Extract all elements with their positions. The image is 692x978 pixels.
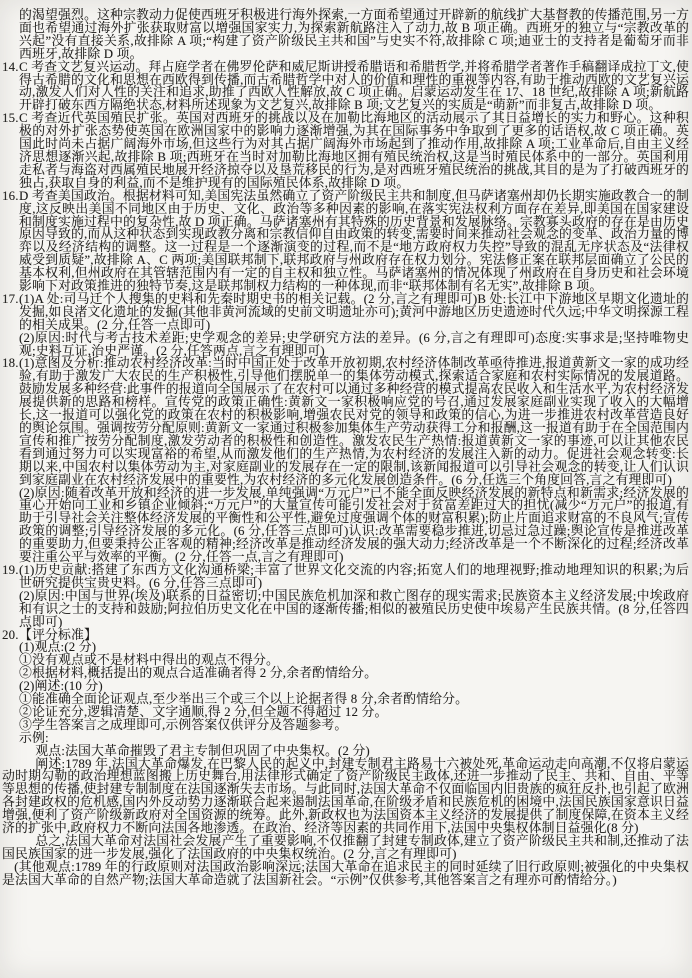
answer-item-20: 20. 【评分标准】 (1)观点:(2 分) ①没有观点或不是材料中得出的观点不…	[2, 629, 689, 887]
answer-17-part2: (2)原因:时代与考古技术差距;史学观念的差异;史学研究方法的差异。(6 分,言…	[19, 332, 689, 358]
answer-item-19: 19. (1)历史贡献:搭建了东西方文化沟通桥梁;丰富了世界文化交流的内容;拓宽…	[2, 564, 689, 629]
answer-19-part2: (2)原因:中国与世界(埃及)联系的日益密切;中国民族危机加深和救亡图存的现实需…	[19, 590, 689, 629]
answer-13-continuation: 的渴望强烈。这种宗教动力促使西班牙积极进行海外探索,一方面希望通过开辟新的航线扩…	[2, 9, 689, 61]
question-number-15: 15.	[2, 112, 19, 125]
example-conclusion: 总之,法国大革命对法国社会发展产生了重要影响,不仅推翻了封建专制政体,建立了资产…	[2, 835, 689, 861]
answer-item-15: 15. C 考查近代英国殖民扩张。英国对西班牙的挑战以及在加勒比海地区的活动展示…	[2, 112, 689, 189]
answer-18-part1: (1)意图及分析:推动农村经济改革:当时中国正处于改革开放初期,农村经济体制改革…	[19, 357, 689, 486]
question-number-18: 18.	[2, 357, 19, 370]
scanned-answer-key-page: 的渴望强烈。这种宗教动力促使西班牙积极进行海外探索,一方面希望通过开辟新的航线扩…	[0, 0, 692, 978]
answer-17-part1: (1)A 处:司马迁个人搜集的史料和先秦时期史书的相关记载。(2 分,言之有理即…	[19, 293, 689, 332]
question-number-16: 16.	[2, 190, 19, 203]
example-viewpoint: 观点:法国大革命摧毁了君主专制但巩固了中央集权。(2 分)	[2, 745, 689, 758]
answer-item-17: 17. (1)A 处:司马迁个人搜集的史料和先秦时期史书的相关记载。(2 分,言…	[2, 293, 689, 358]
example-label: 示例:	[19, 732, 689, 745]
example-elaboration: 阐述:1789 年,法国大革命爆发,在巴黎人民的起义中,封建专制君主路易十六被处…	[2, 758, 689, 835]
question-number-19: 19.	[2, 564, 19, 577]
answer-15-text: C 考查近代英国殖民扩张。英国对西班牙的挑战以及在加勒比海地区的活动展示了其日益…	[19, 112, 689, 189]
scoring-rule-line: ③学生答案言之成理即可,示例答案仅供评分及答题参考。	[19, 719, 689, 732]
answer-19-part1: (1)历史贡献:搭建了东西方文化沟通桥梁;丰富了世界文化交流的内容;拓宽人们的地…	[19, 564, 689, 590]
scoring-rule-line: ①能准确全面论证观点,至少举出三个或三个以上论据者得 8 分,余者酌情给分。	[19, 693, 689, 706]
scoring-rule-line: ②论证充分,逻辑清楚、文字通顺,得 2 分,但全题不得超过 12 分。	[19, 706, 689, 719]
scoring-rule-line: ②根据材料,概括提出的观点合适准确者得 2 分,余者酌情给分。	[19, 667, 689, 680]
example-other-views: (其他观点:1789 年的行政原则对法国政治影响深远;法国大革命在追求民主的同时…	[2, 861, 689, 887]
answer-item-18: 18. (1)意图及分析:推动农村经济改革:当时中国正处于改革开放初期,农村经济…	[2, 357, 689, 564]
answer-18-part2: (2)原因:随着改革开放和经济的进一步发展,单纯强调“万元户”已不能全面反映经济…	[19, 487, 689, 564]
answer-item-16: 16. D 考查美国政治。根据材料可知,美国宪法虽然确立了资产阶级民主共和制度,…	[2, 190, 689, 293]
scoring-standard-title: 【评分标准】	[19, 629, 689, 642]
answer-14-text: C 考查文艺复兴运动。拜占庭学者在佛罗伦萨和威尼斯讲授希腊语和希腊哲学,并将希腊…	[19, 61, 689, 113]
question-number-17: 17.	[2, 293, 19, 306]
answer-item-14: 14. C 考查文艺复兴运动。拜占庭学者在佛罗伦萨和威尼斯讲授希腊语和希腊哲学,…	[2, 61, 689, 113]
answer-16-text: D 考查美国政治。根据材料可知,美国宪法虽然确立了资产阶级民主共和制度,但马萨诸…	[19, 190, 689, 293]
question-number-14: 14.	[2, 61, 19, 74]
question-number-20: 20.	[2, 629, 19, 642]
